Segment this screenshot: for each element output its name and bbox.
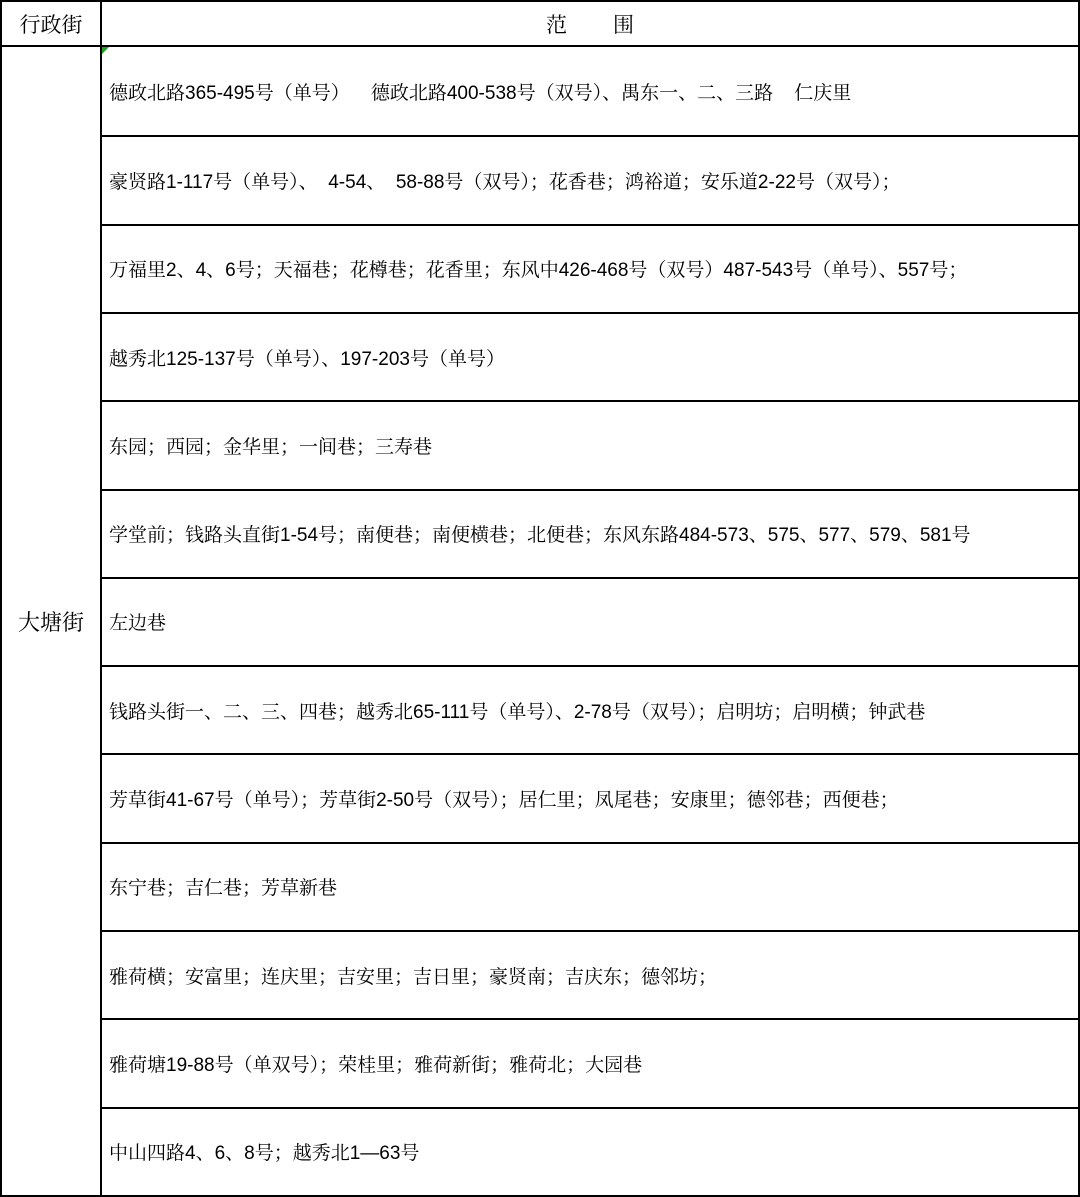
street-group-label: 大塘街: [18, 606, 84, 637]
header-street-label: 行政街: [20, 9, 83, 39]
header-range-cell[interactable]: 范围: [102, 2, 1078, 47]
range-cell-text: 左边巷: [109, 608, 166, 635]
range-cell-text: 越秀北125-137号（单号）、197-203号（单号）: [109, 344, 505, 371]
table-row-5[interactable]: 东园；西园；金华里；一间巷；三寿巷: [102, 400, 1078, 488]
table-row-13[interactable]: 中山四路4、6、8号；越秀北1—63号: [102, 1107, 1078, 1195]
range-cell-text: 东园；西园；金华里；一间巷；三寿巷: [109, 432, 432, 459]
range-cell-text: 学堂前；钱路头直街1-54号；南便巷；南便横巷；北便巷；东风东路484-573、…: [109, 520, 971, 547]
table-row-9[interactable]: 芳草街41-67号（单号）；芳草街2-50号（双号）；居仁里；凤尾巷；安康里；德…: [102, 753, 1078, 841]
range-cell-text: 万福里2、4、6号；天福巷；花樽巷；花香里；东风中426-468号（双号）487…: [109, 255, 967, 282]
range-cell-text: 芳草街41-67号（单号）；芳草街2-50号（双号）；居仁里；凤尾巷；安康里；德…: [109, 785, 899, 812]
street-group-cell[interactable]: 大塘街: [2, 47, 102, 1195]
range-cell-text: 雅荷横；安富里；连庆里；吉安里；吉日里；豪贤南；吉庆东；德邻坊；: [109, 962, 717, 989]
table-row-11[interactable]: 雅荷横；安富里；连庆里；吉安里；吉日里；豪贤南；吉庆东；德邻坊；: [102, 930, 1078, 1018]
range-cell-text: 东宁巷；吉仁巷；芳草新巷: [109, 873, 337, 900]
range-cell-text: 豪贤路1-117号（单号）、 4-54、 58-88号（双号）；花香巷；鸿裕道；…: [109, 167, 900, 194]
table-row-2[interactable]: 豪贤路1-117号（单号）、 4-54、 58-88号（双号）；花香巷；鸿裕道；…: [102, 135, 1078, 223]
table-row-7[interactable]: 左边巷: [102, 577, 1078, 665]
cell-error-flag-icon: [102, 47, 109, 54]
range-cell-text: 中山四路4、6、8号；越秀北1—63号: [109, 1138, 419, 1165]
table-row-4[interactable]: 越秀北125-137号（单号）、197-203号（单号）: [102, 312, 1078, 400]
header-range-label: 范围: [546, 9, 680, 39]
range-cell-text: 钱路头街一、二、三、四巷；越秀北65-111号（单号）、2-78号（双号）；启明…: [109, 697, 925, 724]
table-row-12[interactable]: 雅荷塘19-88号（单双号）；荣桂里；雅荷新街；雅荷北；大园巷: [102, 1018, 1078, 1106]
table-row-6[interactable]: 学堂前；钱路头直街1-54号；南便巷；南便横巷；北便巷；东风东路484-573、…: [102, 489, 1078, 577]
range-cell-text: 德政北路365-495号（单号） 德政北路400-538号（双号）、禺东一、二、…: [109, 78, 851, 105]
table-row-8[interactable]: 钱路头街一、二、三、四巷；越秀北65-111号（单号）、2-78号（双号）；启明…: [102, 665, 1078, 753]
table-row-1[interactable]: 德政北路365-495号（单号） 德政北路400-538号（双号）、禺东一、二、…: [102, 47, 1078, 135]
header-street-cell[interactable]: 行政街: [2, 2, 102, 47]
range-cell-text: 雅荷塘19-88号（单双号）；荣桂里；雅荷新街；雅荷北；大园巷: [109, 1050, 642, 1077]
admin-street-range-table: 行政街 范围 大塘街 德政北路365-495号（单号） 德政北路400-538号…: [0, 0, 1080, 1197]
table-row-3[interactable]: 万福里2、4、6号；天福巷；花樽巷；花香里；东风中426-468号（双号）487…: [102, 224, 1078, 312]
table-row-10[interactable]: 东宁巷；吉仁巷；芳草新巷: [102, 842, 1078, 930]
